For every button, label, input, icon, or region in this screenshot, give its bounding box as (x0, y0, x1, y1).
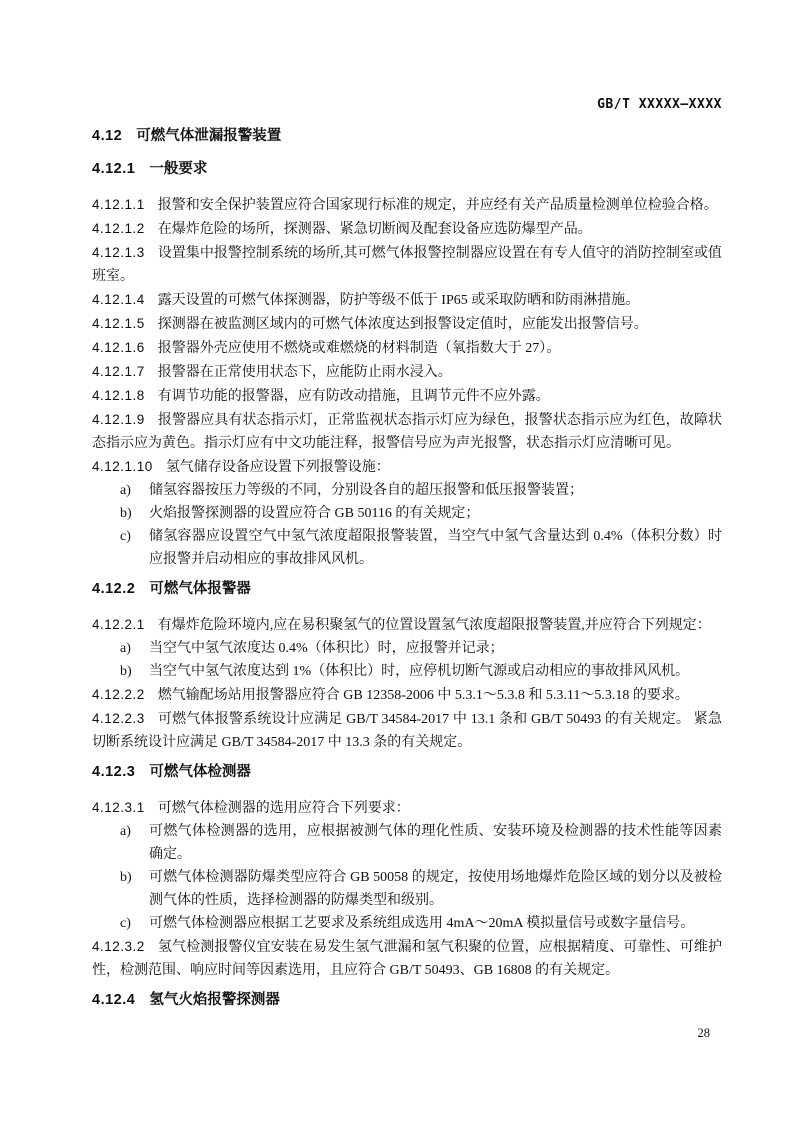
section-title: 氢气火焰报警探测器 (149, 992, 280, 1008)
section-number: 4.12.1 (92, 161, 135, 177)
list-item: a)可燃气体检测器的选用，应根据被测气体的理化性质、安装环境及检测器的技术性能等… (92, 820, 722, 866)
page-footer: 28 (0, 1026, 710, 1041)
section-heading: 4.12.2可燃气体报警器 (92, 580, 722, 598)
clause-number: 4.12.1.4 (92, 292, 145, 307)
list-marker: a) (120, 479, 131, 502)
list-item-text: 火焰报警探测器的设置应符合 GB 50116 的有关规定； (149, 506, 479, 521)
clause-paragraph: 4.12.1.9报警器应具有状态指示灯，正常监视状态指示灯应为绿色，报警状态指示… (92, 408, 722, 455)
clause-number: 4.12.2.2 (92, 687, 145, 702)
list-item-text: 可燃气体检测器应根据工艺要求及系统组成选用 4mA～20mA 模拟量信号或数字量… (149, 916, 694, 931)
clause-number: 4.12.1.2 (92, 221, 145, 236)
clause-paragraph: 4.12.1.8有调节功能的报警器，应有防改动措施，且调节元件不应外露。 (92, 384, 722, 408)
clause-paragraph: 4.12.2.3可燃气体报警系统设计应满足 GB/T 34584-2017 中 … (92, 707, 722, 754)
list-item-text: 储氢容器按压力等级的不同，分别设各自的超压报警和低压报警装置； (149, 483, 583, 498)
clause-paragraph: 4.12.1.7报警器在正常使用状态下，应能防止雨水浸入。 (92, 360, 722, 384)
section-number: 4.12.2 (92, 581, 135, 597)
section-title: 可燃气体泄漏报警装置 (136, 128, 281, 144)
clause-text: 探测器在被监测区域内的可燃气体浓度达到报警设定值时，应能发出报警信号。 (158, 317, 648, 332)
clause-number: 4.12.1.1 (92, 197, 145, 212)
clause-text: 有调节功能的报警器，应有防改动措施，且调节元件不应外露。 (158, 389, 550, 404)
clause-paragraph: 4.12.3.1可燃气体检测器的选用应符合下列要求： (92, 796, 722, 820)
clause-text: 氢气检测报警仪宜安装在易发生氢气泄漏和氢气积聚的位置，应根据精度、可靠性、可维护… (92, 940, 722, 978)
list-item-text: 储氢容器应设置空气中氢气浓度超限报警装置，当空气中氢气含量达到 0.4%（体积分… (149, 529, 722, 567)
section-heading: 4.12可燃气体泄漏报警装置 (92, 127, 722, 145)
section-heading: 4.12.4氢气火焰报警探测器 (92, 991, 722, 1009)
section-title: 一般要求 (149, 161, 207, 177)
clause-number: 4.12.1.8 (92, 388, 145, 403)
clause-text: 报警器外壳应使用不燃烧或难燃烧的材料制造（氧指数大于 27）。 (158, 341, 561, 356)
clause-text: 报警器在正常使用状态下，应能防止雨水浸入。 (158, 365, 452, 380)
clause-text: 可燃气体报警系统设计应满足 GB/T 34584-2017 中 13.1 条和 … (92, 712, 722, 750)
list-marker: c) (120, 525, 131, 548)
clause-paragraph: 4.12.3.2氢气检测报警仪宜安装在易发生氢气泄漏和氢气积聚的位置，应根据精度… (92, 935, 722, 982)
clause-text: 在爆炸危险的场所，探测器、紧急切断阀及配套设备应选防爆型产品。 (158, 222, 592, 237)
clause-paragraph: 4.12.2.1有爆炸危险环境内,应在易积聚氢气的位置设置氢气浓度超限报警装置,… (92, 613, 722, 637)
list-marker: a) (120, 637, 131, 660)
list-item: b)火焰报警探测器的设置应符合 GB 50116 的有关规定； (92, 502, 722, 525)
clause-paragraph: 4.12.1.3设置集中报警控制系统的场所,其可燃气体报警控制器应设置在有专人值… (92, 241, 722, 288)
clause-number: 4.12.1.5 (92, 316, 145, 331)
section-number: 4.12.4 (92, 992, 135, 1008)
document-body: 4.12可燃气体泄漏报警装置4.12.1一般要求4.12.1.1报警和安全保护装… (92, 118, 722, 1024)
clause-number: 4.12.1.9 (92, 412, 145, 427)
section-number: 4.12 (92, 128, 122, 144)
standard-number: GB/T XXXXX—XXXX (597, 97, 722, 112)
list-marker: b) (120, 502, 132, 525)
clause-number: 4.12.3.2 (92, 939, 145, 954)
section-title: 可燃气体检测器 (149, 764, 251, 780)
list-marker: a) (120, 820, 131, 843)
clause-paragraph: 4.12.1.2在爆炸危险的场所，探测器、紧急切断阀及配套设备应选防爆型产品。 (92, 217, 722, 241)
list-marker: b) (120, 660, 132, 683)
page-header: GB/T XXXXX—XXXX (92, 97, 722, 112)
clause-number: 4.12.1.7 (92, 364, 145, 379)
section-title: 可燃气体报警器 (149, 581, 251, 597)
clause-paragraph: 4.12.1.5探测器在被监测区域内的可燃气体浓度达到报警设定值时，应能发出报警… (92, 312, 722, 336)
list-item: c)可燃气体检测器应根据工艺要求及系统组成选用 4mA～20mA 模拟量信号或数… (92, 912, 722, 935)
list-item-text: 当空气中氢气浓度达 0.4%（体积比）时，应报警并记录； (149, 641, 504, 656)
clause-number: 4.12.1.6 (92, 340, 145, 355)
clause-text: 燃气输配场站用报警器应符合 GB 12358-2006 中 5.3.1～5.3.… (158, 688, 689, 703)
clause-paragraph: 4.12.2.2燃气输配场站用报警器应符合 GB 12358-2006 中 5.… (92, 683, 722, 707)
list-item-text: 可燃气体检测器的选用，应根据被测气体的理化性质、安装环境及检测器的技术性能等因素… (149, 824, 722, 862)
clause-text: 报警器应具有状态指示灯，正常监视状态指示灯应为绿色，报警状态指示应为红色，故障状… (92, 413, 722, 451)
clause-paragraph: 4.12.1.4露天设置的可燃气体探测器，防护等级不低于 IP65 或采取防晒和… (92, 288, 722, 312)
clause-number: 4.12.1.10 (92, 459, 153, 474)
list-item: a)当空气中氢气浓度达 0.4%（体积比）时，应报警并记录； (92, 637, 722, 660)
list-marker: c) (120, 912, 131, 935)
list-item-text: 当空气中氢气浓度达到 1%（体积比）时，应停机切断气源或启动相应的事故排风风机。 (149, 664, 689, 679)
page-number: 28 (698, 1026, 711, 1040)
section-heading: 4.12.1一般要求 (92, 160, 722, 178)
list-item: a)储氢容器按压力等级的不同，分别设各自的超压报警和低压报警装置； (92, 479, 722, 502)
clause-text: 露天设置的可燃气体探测器，防护等级不低于 IP65 或采取防晒和防雨淋措施。 (158, 293, 639, 308)
section-heading: 4.12.3可燃气体检测器 (92, 763, 722, 781)
clause-text: 氢气储存设备应设置下列报警设施： (166, 460, 390, 475)
clause-text: 有爆炸危险环境内,应在易积聚氢气的位置设置氢气浓度超限报警装置,并应符合下列规定… (158, 618, 711, 633)
clause-number: 4.12.2.3 (92, 711, 145, 726)
list-item-text: 可燃气体检测器防爆类型应符合 GB 50058 的规定，按使用场地爆炸危险区域的… (149, 870, 722, 908)
clause-paragraph: 4.12.1.1报警和安全保护装置应符合国家现行标准的规定，并应经有关产品质量检… (92, 193, 722, 217)
document-page: GB/T XXXXX—XXXX 4.12可燃气体泄漏报警装置4.12.1一般要求… (0, 0, 794, 1123)
clause-number: 4.12.2.1 (92, 617, 145, 632)
clause-number: 4.12.3.1 (92, 800, 145, 815)
section-number: 4.12.3 (92, 764, 135, 780)
list-item: b)当空气中氢气浓度达到 1%（体积比）时，应停机切断气源或启动相应的事故排风风… (92, 660, 722, 683)
clause-number: 4.12.1.3 (92, 245, 145, 260)
clause-paragraph: 4.12.1.10氢气储存设备应设置下列报警设施： (92, 455, 722, 479)
clause-paragraph: 4.12.1.6报警器外壳应使用不燃烧或难燃烧的材料制造（氧指数大于 27）。 (92, 336, 722, 360)
clause-text: 设置集中报警控制系统的场所,其可燃气体报警控制器应设置在有专人值守的消防控制室或… (92, 246, 722, 284)
clause-text: 可燃气体检测器的选用应符合下列要求： (158, 801, 410, 816)
clause-text: 报警和安全保护装置应符合国家现行标准的规定，并应经有关产品质量检测单位检验合格。 (158, 198, 718, 213)
list-item: c)储氢容器应设置空气中氢气浓度超限报警装置，当空气中氢气含量达到 0.4%（体… (92, 525, 722, 571)
list-marker: b) (120, 866, 132, 889)
list-item: b)可燃气体检测器防爆类型应符合 GB 50058 的规定，按使用场地爆炸危险区… (92, 866, 722, 912)
